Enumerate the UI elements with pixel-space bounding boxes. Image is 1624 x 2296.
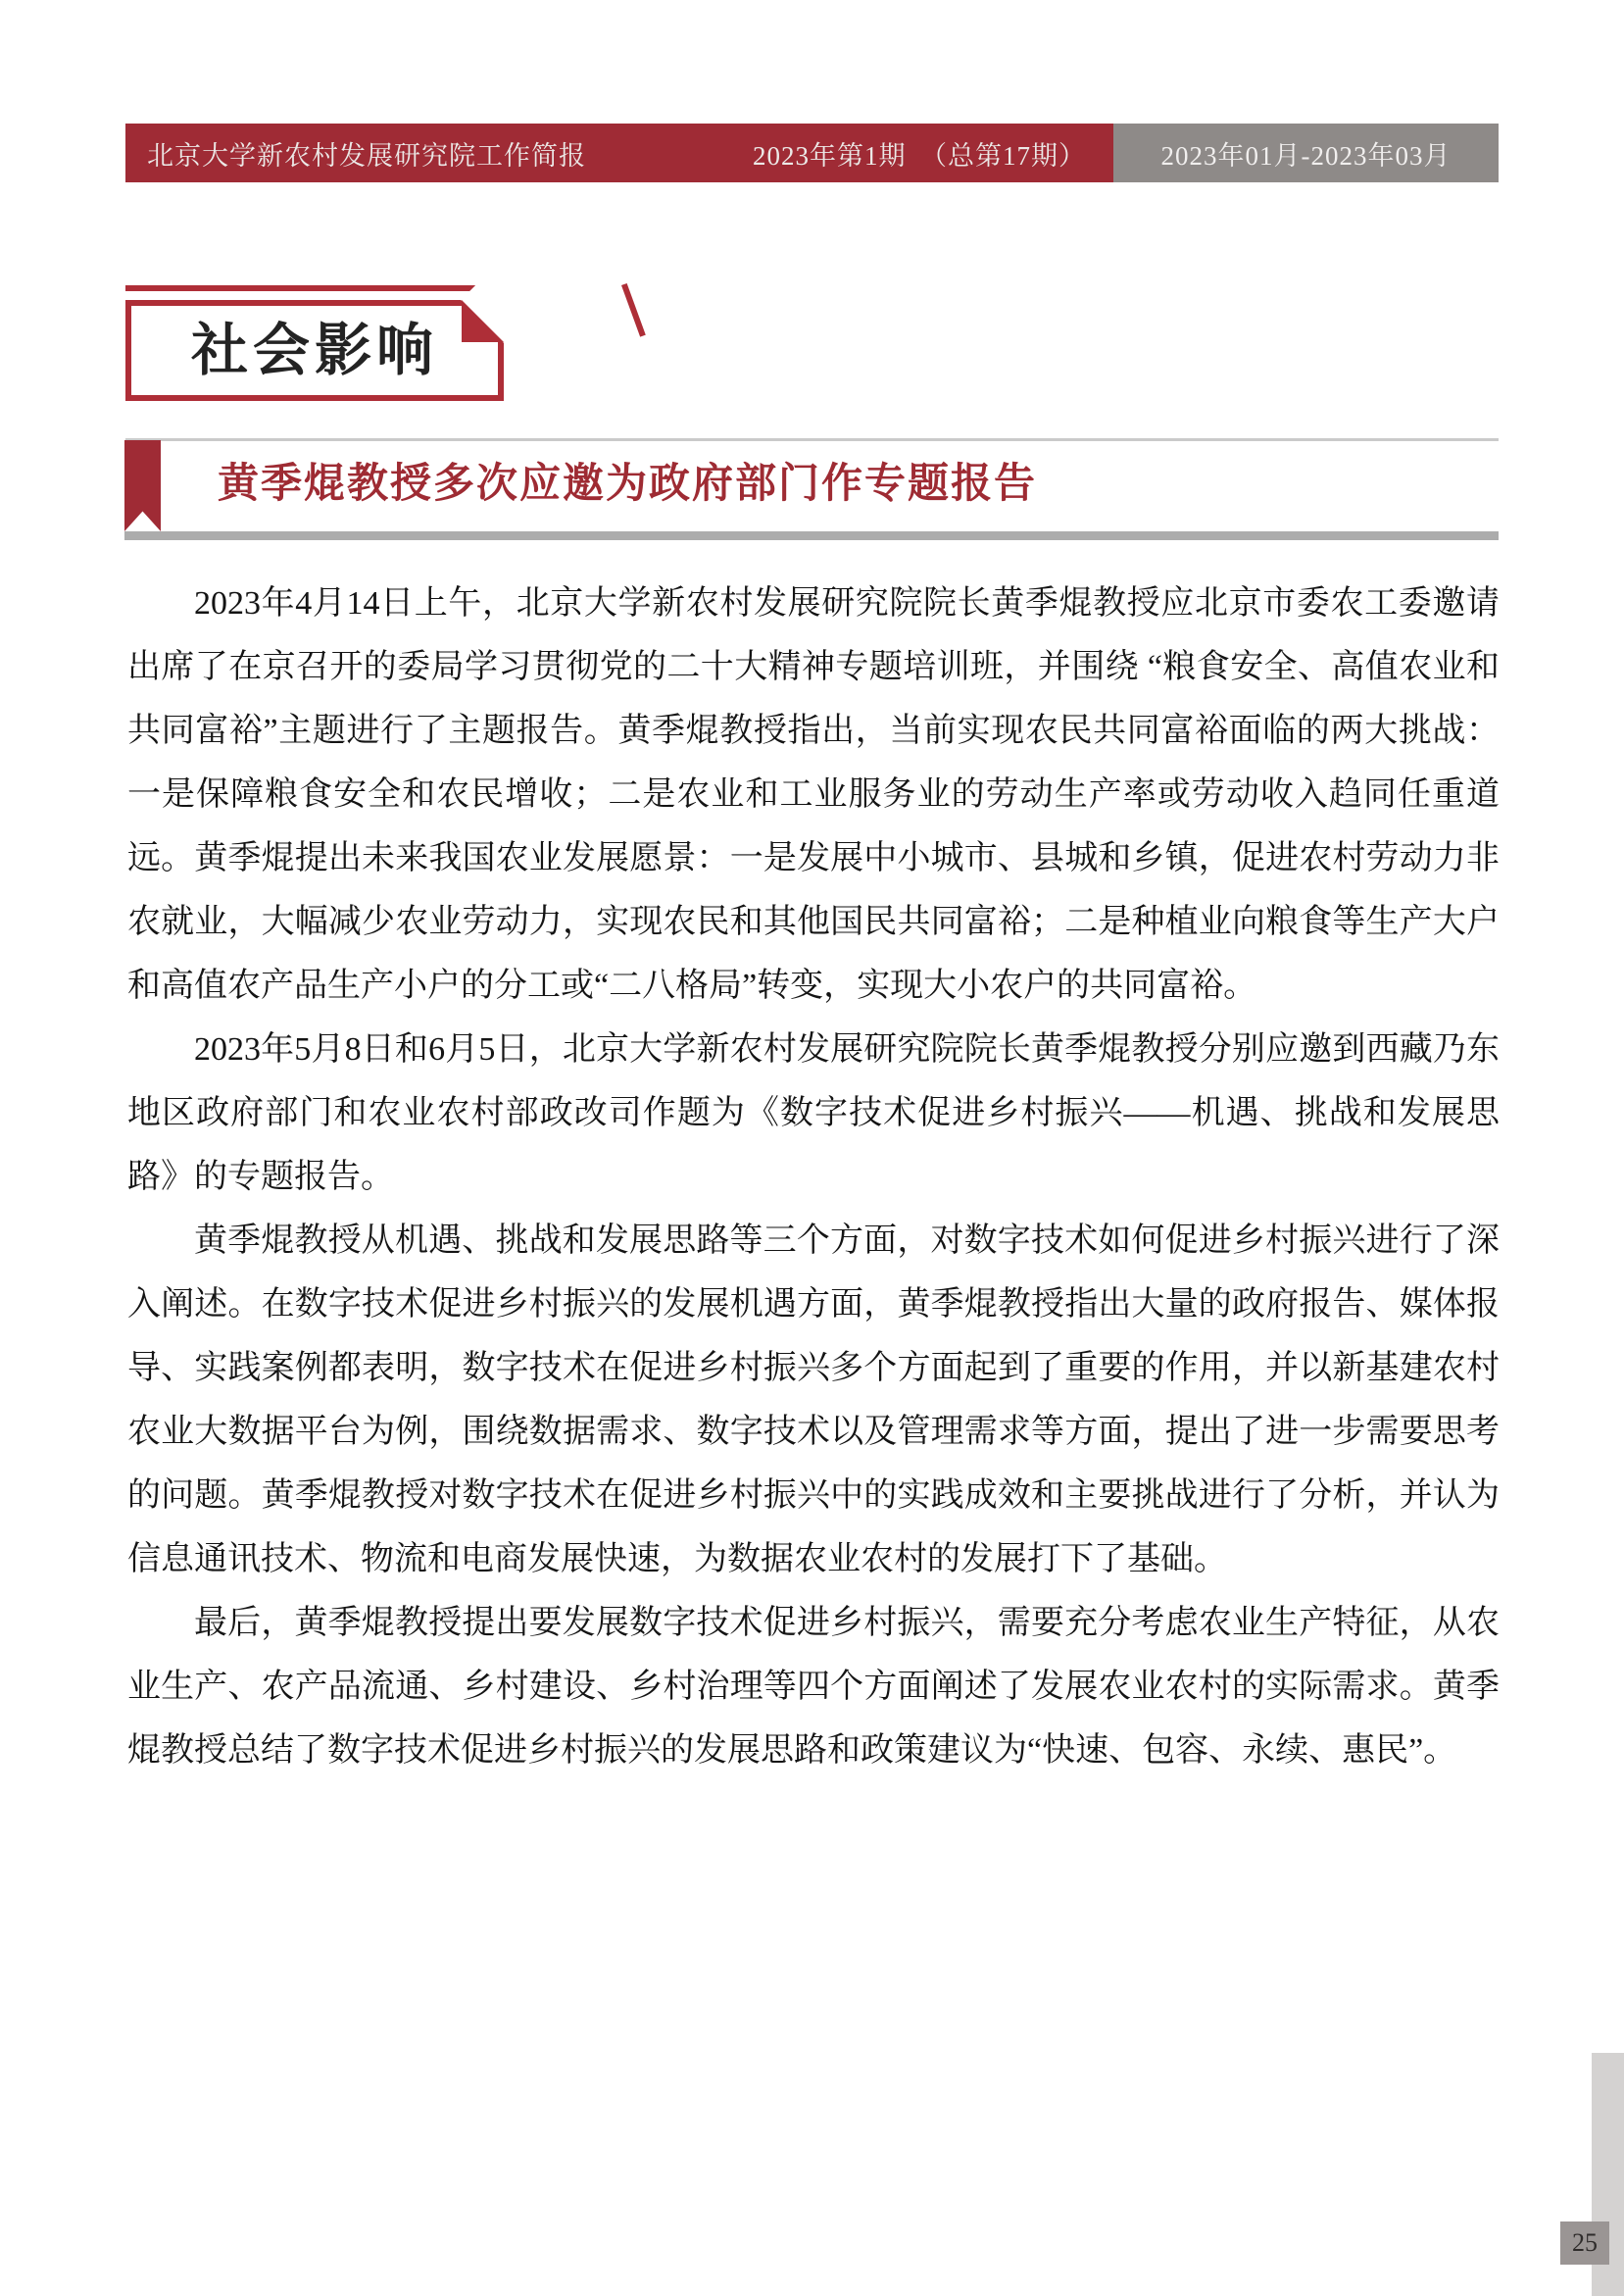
paragraph: 2023年5月8日和6月5日，北京大学新农村发展研究院院长黄季焜教授分别应邀到西… <box>127 1018 1500 1209</box>
section-title: 社会影响 <box>191 323 438 379</box>
paragraph: 最后，黄季焜教授提出要发展数字技术促进乡村振兴，需要充分考虑农业生产特征，从农业… <box>127 1591 1500 1782</box>
section-title-emblem: 社会影响 <box>125 285 655 413</box>
newsletter-page: 北京大学新农村发展研究院工作简报 2023年第1期 （总第17期） 2023年0… <box>0 0 1624 2296</box>
newsletter-title: 北京大学新农村发展研究院工作简报 <box>147 134 586 173</box>
page-number: 25 <box>1572 2228 1598 2258</box>
issue-number: 2023年第1期 （总第17期） <box>753 134 1086 173</box>
emblem-corner-connector <box>621 283 646 337</box>
emblem-top-line <box>125 285 502 291</box>
heading-top-rule <box>125 438 1499 441</box>
page-number-box: 25 <box>1560 2221 1609 2265</box>
paragraph: 2023年4月14日上午，北京大学新农村发展研究院院长黄季焜教授应北京市委农工委… <box>127 572 1500 1018</box>
header-red-section: 北京大学新农村发展研究院工作简报 2023年第1期 （总第17期） <box>125 124 1113 182</box>
header-gray-section: 2023年01月-2023年03月 <box>1113 124 1499 182</box>
page-header-bar: 北京大学新农村发展研究院工作简报 2023年第1期 （总第17期） 2023年0… <box>125 124 1499 182</box>
paragraph: 黄季焜教授从机遇、挑战和发展思路等三个方面，对数字技术如何促进乡村振兴进行了深入… <box>127 1209 1500 1591</box>
heading-bottom-rule <box>124 531 1499 540</box>
article-body: 2023年4月14日上午，北京大学新农村发展研究院院长黄季焜教授应北京市委农工委… <box>127 572 1500 1782</box>
article-heading: 黄季焜教授多次应邀为政府部门作专题报告 <box>218 455 1037 513</box>
section-title-box: 社会影响 <box>125 300 504 401</box>
bookmark-ribbon-icon <box>124 440 161 531</box>
date-range: 2023年01月-2023年03月 <box>1161 134 1452 173</box>
